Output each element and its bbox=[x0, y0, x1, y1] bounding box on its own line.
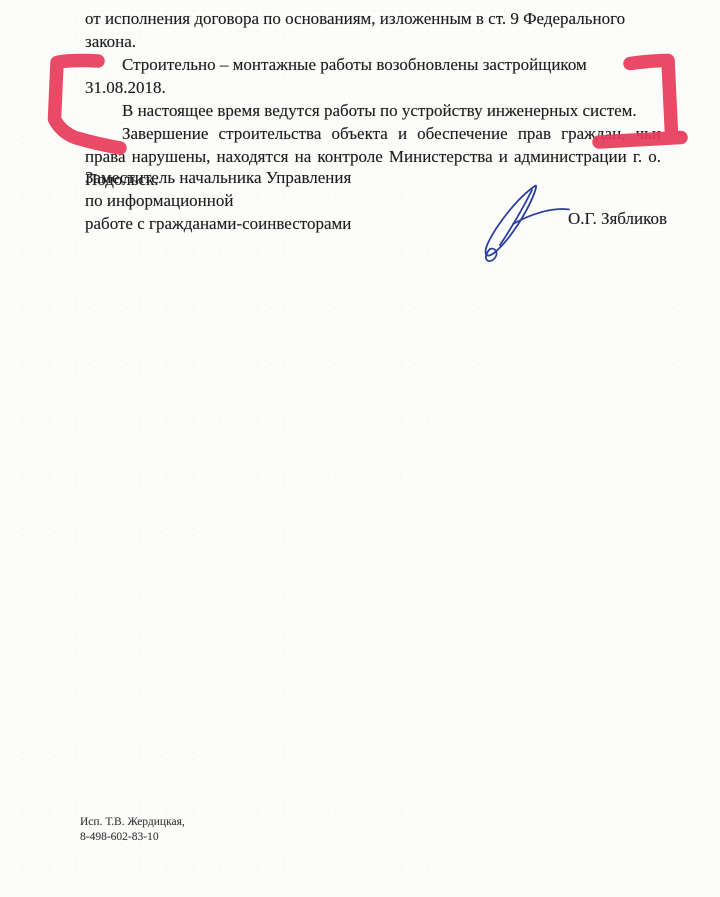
signer-title-line: Заместитель начальника Управления bbox=[85, 166, 415, 189]
paragraph-law-reference: от исполнения договора по основаниям, из… bbox=[85, 7, 661, 53]
executor-phone: 8-498-602-83-10 bbox=[80, 830, 185, 845]
signer-title-line: работе с гражданами-соинвесторами bbox=[85, 212, 415, 235]
signer-title-block: Заместитель начальника Управления по инф… bbox=[85, 166, 415, 235]
signer-title-line: по информационной bbox=[85, 189, 415, 212]
scanned-letter-page: от исполнения договора по основаниям, из… bbox=[0, 0, 720, 897]
executor-footer: Исп. Т.В. Жердицкая, 8-498-602-83-10 bbox=[80, 815, 185, 845]
letter-body: от исполнения договора по основаниям, из… bbox=[85, 7, 661, 191]
executor-name: Исп. Т.В. Жердицкая, bbox=[80, 815, 185, 830]
signer-name: О.Г. Зябликов bbox=[568, 209, 667, 229]
paragraph-works-resumed: Строительно – монтажные работы возобновл… bbox=[85, 53, 661, 99]
paragraph-current-works: В настоящее время ведутся работы по устр… bbox=[85, 99, 661, 122]
